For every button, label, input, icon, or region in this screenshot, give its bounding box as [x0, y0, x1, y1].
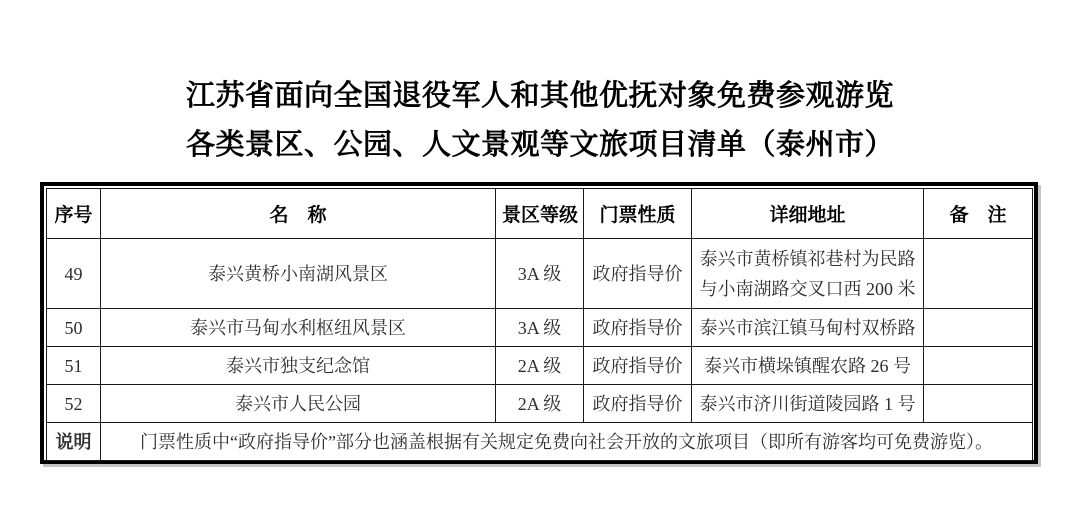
- row-name: 泰兴黄桥小南湖风景区: [101, 239, 496, 309]
- row-no: 51: [47, 347, 101, 385]
- header-address: 详细地址: [692, 189, 924, 239]
- row-name: 泰兴市人民公园: [101, 385, 496, 423]
- note-row: 说明 门票性质中“政府指导价”部分也涵盖根据有关规定免费向社会开放的文旅项目（即…: [47, 423, 1033, 461]
- document-title-line2: 各类景区、公园、人文景观等文旅项目清单（泰州市）: [0, 121, 1080, 170]
- row-grade: 3A 级: [496, 239, 584, 309]
- table-row: 49 泰兴黄桥小南湖风景区 3A 级 政府指导价 泰兴市黄桥镇祁巷村为民路与小南…: [47, 239, 1033, 309]
- header-name: 名 称: [101, 189, 496, 239]
- header-no: 序号: [47, 189, 101, 239]
- note-label: 说明: [47, 423, 101, 461]
- header-remark: 备 注: [924, 189, 1033, 239]
- table-row: 52 泰兴市人民公园 2A 级 政府指导价 泰兴市济川街道陵园路 1 号: [47, 385, 1033, 423]
- table-outer-frame: 序号 名 称 景区等级 门票性质 详细地址 备 注 49 泰兴黄桥小南湖风景区 …: [40, 182, 1038, 464]
- row-grade: 2A 级: [496, 347, 584, 385]
- row-ticket: 政府指导价: [584, 239, 692, 309]
- row-grade: 3A 级: [496, 309, 584, 347]
- row-remark: [924, 309, 1033, 347]
- row-ticket: 政府指导价: [584, 347, 692, 385]
- row-ticket: 政府指导价: [584, 385, 692, 423]
- row-name: 泰兴市马甸水利枢纽风景区: [101, 309, 496, 347]
- row-remark: [924, 385, 1033, 423]
- document-page: 江苏省面向全国退役军人和其他优抚对象免费参观游览 各类景区、公园、人文景观等文旅…: [0, 0, 1080, 519]
- row-name: 泰兴市独支纪念馆: [101, 347, 496, 385]
- row-address: 泰兴市滨江镇马甸村双桥路: [692, 309, 924, 347]
- row-no: 49: [47, 239, 101, 309]
- row-address: 泰兴市济川街道陵园路 1 号: [692, 385, 924, 423]
- attractions-table: 序号 名 称 景区等级 门票性质 详细地址 备 注 49 泰兴黄桥小南湖风景区 …: [46, 188, 1033, 461]
- row-no: 52: [47, 385, 101, 423]
- header-ticket: 门票性质: [584, 189, 692, 239]
- note-text: 门票性质中“政府指导价”部分也涵盖根据有关规定免费向社会开放的文旅项目（即所有游…: [101, 423, 1033, 461]
- table-row: 50 泰兴市马甸水利枢纽风景区 3A 级 政府指导价 泰兴市滨江镇马甸村双桥路: [47, 309, 1033, 347]
- row-address: 泰兴市横垛镇醒农路 26 号: [692, 347, 924, 385]
- document-title-line1: 江苏省面向全国退役军人和其他优抚对象免费参观游览: [0, 72, 1080, 121]
- row-remark: [924, 347, 1033, 385]
- row-no: 50: [47, 309, 101, 347]
- document-title: 江苏省面向全国退役军人和其他优抚对象免费参观游览 各类景区、公园、人文景观等文旅…: [0, 72, 1080, 170]
- row-ticket: 政府指导价: [584, 309, 692, 347]
- row-address: 泰兴市黄桥镇祁巷村为民路与小南湖路交叉口西 200 米: [692, 239, 924, 309]
- table-row: 51 泰兴市独支纪念馆 2A 级 政府指导价 泰兴市横垛镇醒农路 26 号: [47, 347, 1033, 385]
- header-grade: 景区等级: [496, 189, 584, 239]
- row-grade: 2A 级: [496, 385, 584, 423]
- row-remark: [924, 239, 1033, 309]
- table-header-row: 序号 名 称 景区等级 门票性质 详细地址 备 注: [47, 189, 1033, 239]
